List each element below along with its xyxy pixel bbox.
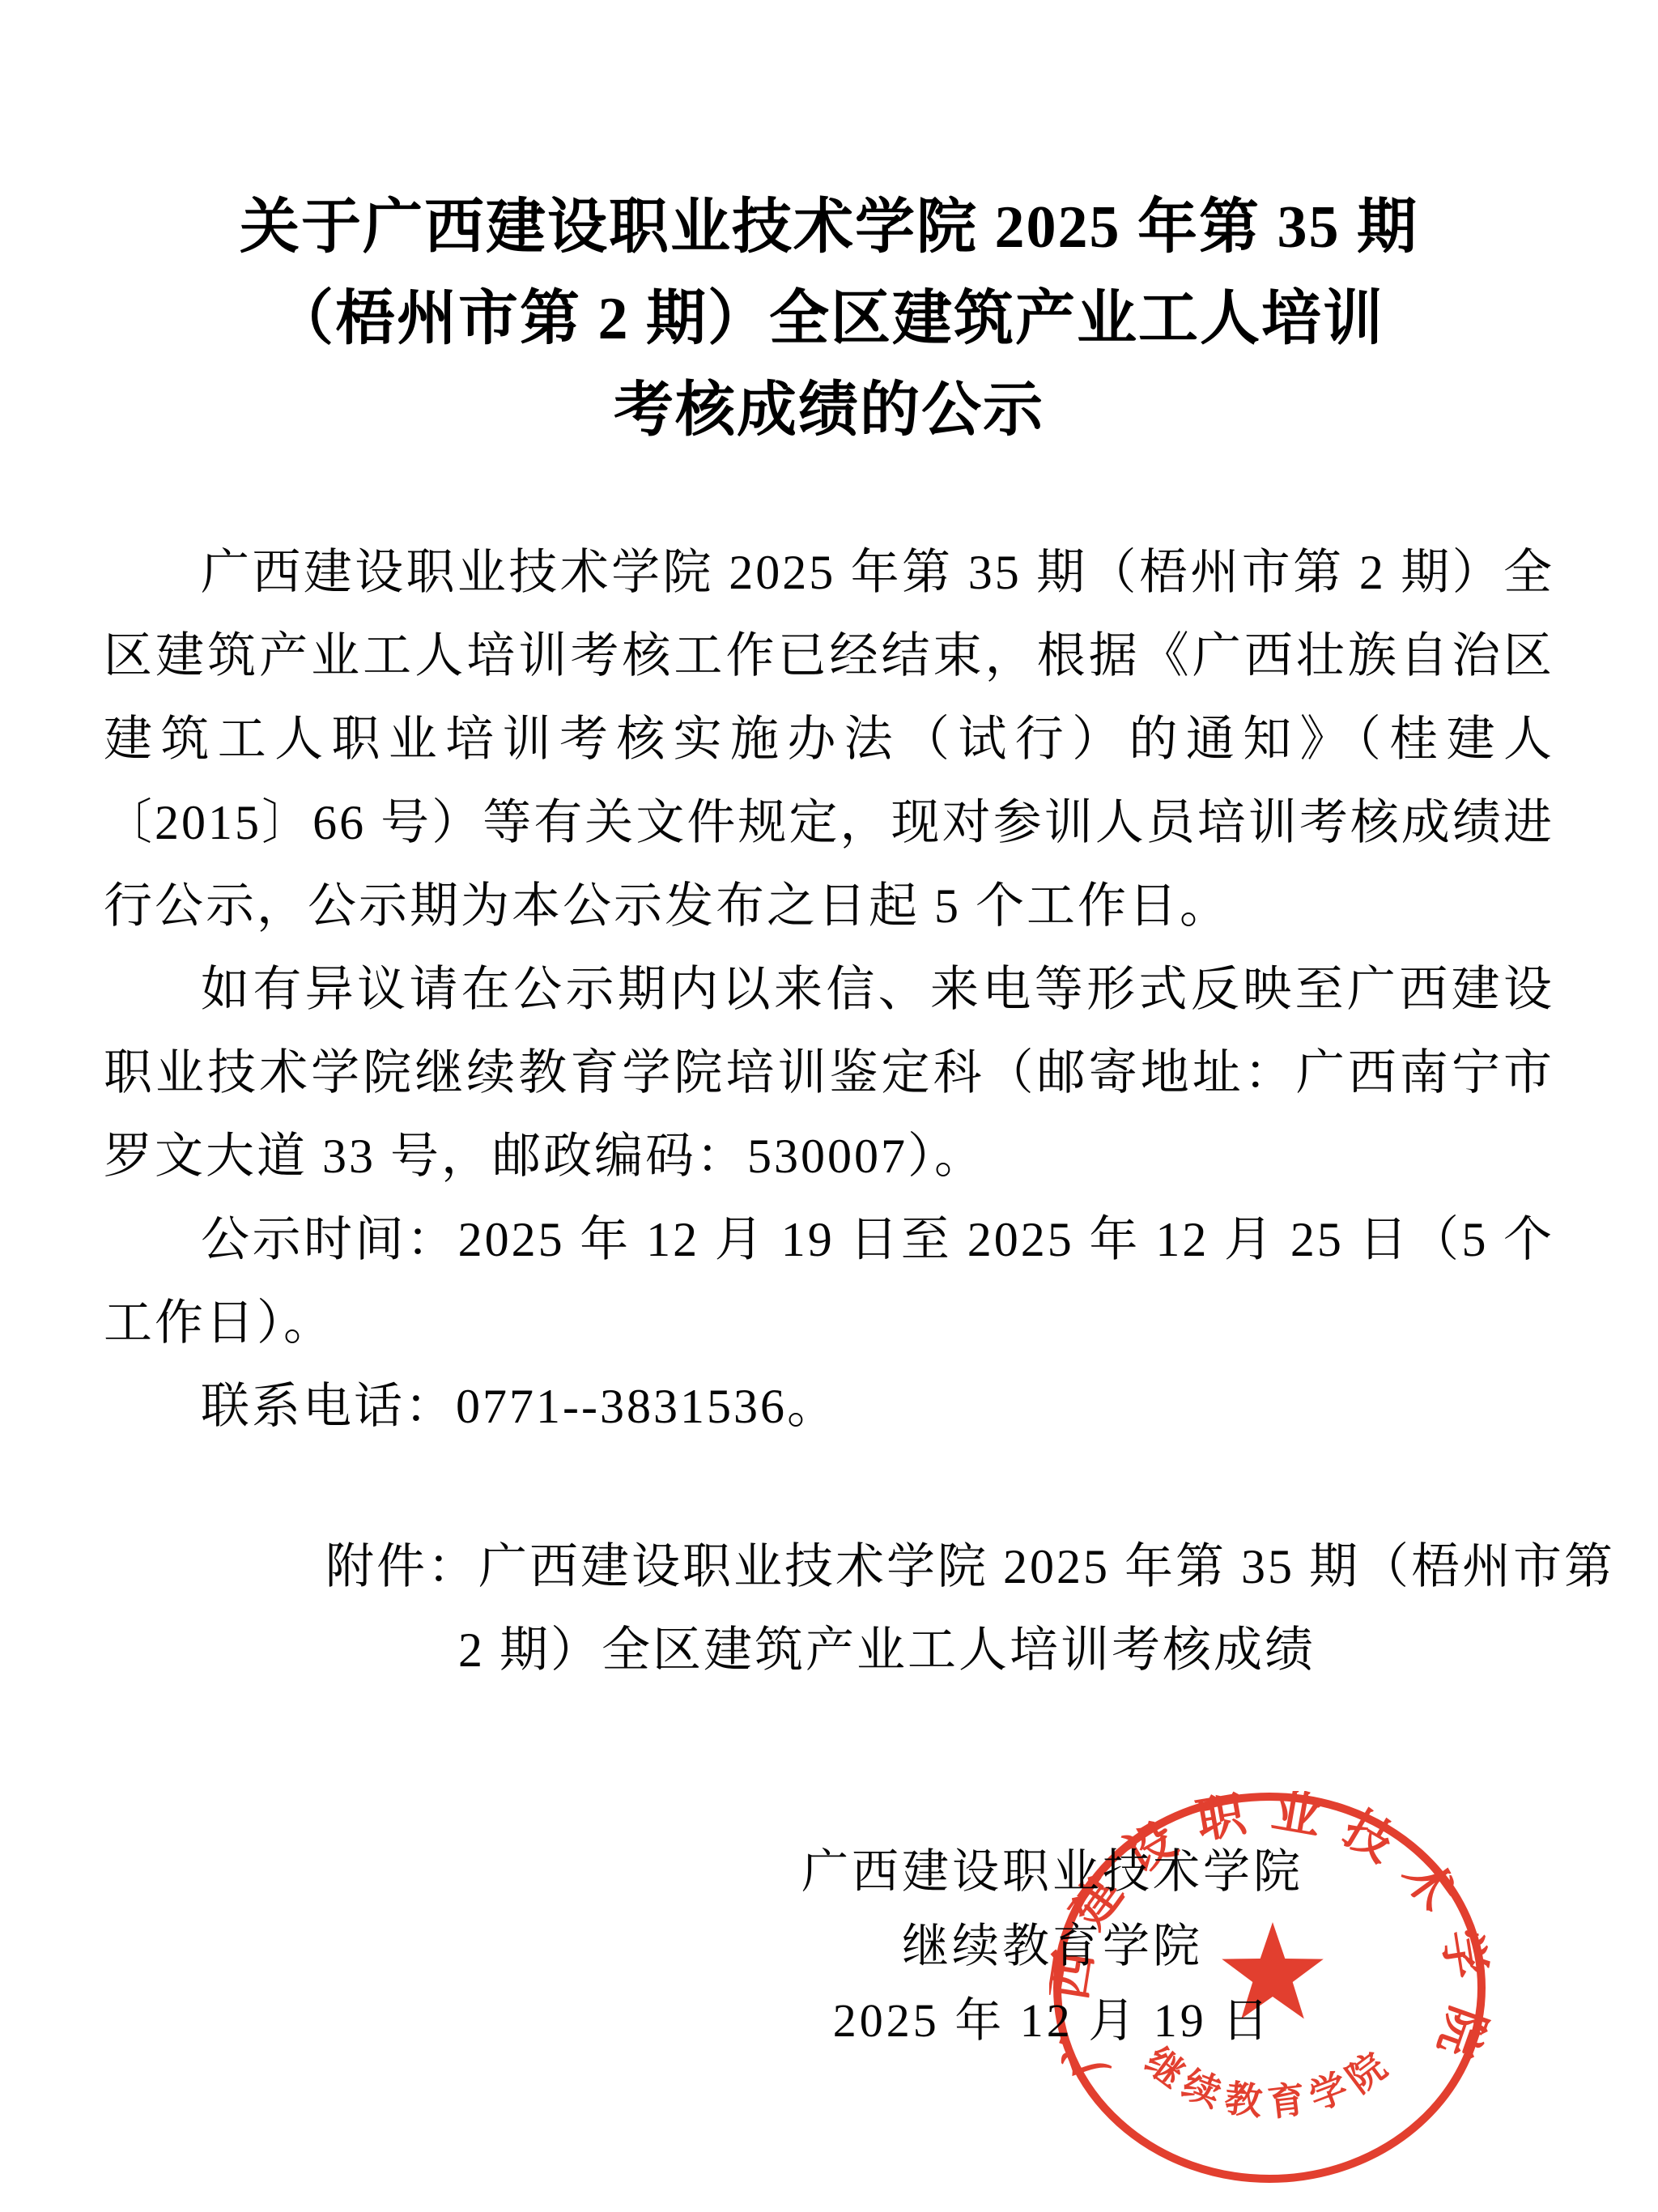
title-line-2: （梧州市第 2 期）全区建筑产业工人培训 (97, 274, 1561, 365)
paragraph-objection-contact: 如有异议请在公示期内以来信、来电等形式反映至广西建设职业技术学院继续教育学院培训… (104, 948, 1554, 1198)
document-title: 关于广西建设职业技术学院 2025 年第 35 期 （梧州市第 2 期）全区建筑… (0, 0, 1658, 457)
title-line-1: 关于广西建设职业技术学院 2025 年第 35 期 (97, 182, 1561, 274)
paragraph-publicity-period: 公示时间：2025 年 12 月 19 日至 2025 年 12 月 25 日（… (104, 1198, 1554, 1365)
announcement-document-page: 关于广西建设职业技术学院 2025 年第 35 期 （梧州市第 2 期）全区建筑… (0, 0, 1658, 2212)
document-body: 广西建设职业技术学院 2025 年第 35 期（梧州市第 2 期）全区建筑产业工… (104, 531, 1554, 1448)
attachment-line-2: 2 期）全区建筑产业工人培训考核成绩 (0, 1609, 1658, 1692)
title-line-3: 考核成绩的公示 (97, 365, 1561, 457)
signature-block: 广西建设职业技术学院 继续教育学院 2025 年 12 月 19 日 (801, 1835, 1303, 2058)
paragraph-phone: 联系电话：0771--3831536。 (104, 1365, 1554, 1448)
attachment-note: 附件：广西建设职业技术学院 2025 年第 35 期（梧州市第 2 期）全区建筑… (0, 1525, 1658, 1692)
paragraph-training-result: 广西建设职业技术学院 2025 年第 35 期（梧州市第 2 期）全区建筑产业工… (104, 531, 1554, 948)
attachment-line-1: 附件：广西建设职业技术学院 2025 年第 35 期（梧州市第 (0, 1525, 1658, 1609)
signature-date: 2025 年 12 月 19 日 (801, 1984, 1303, 2058)
signature-org-line-1: 广西建设职业技术学院 (801, 1835, 1303, 1909)
signature-org-line-2: 继续教育学院 (801, 1909, 1303, 1984)
